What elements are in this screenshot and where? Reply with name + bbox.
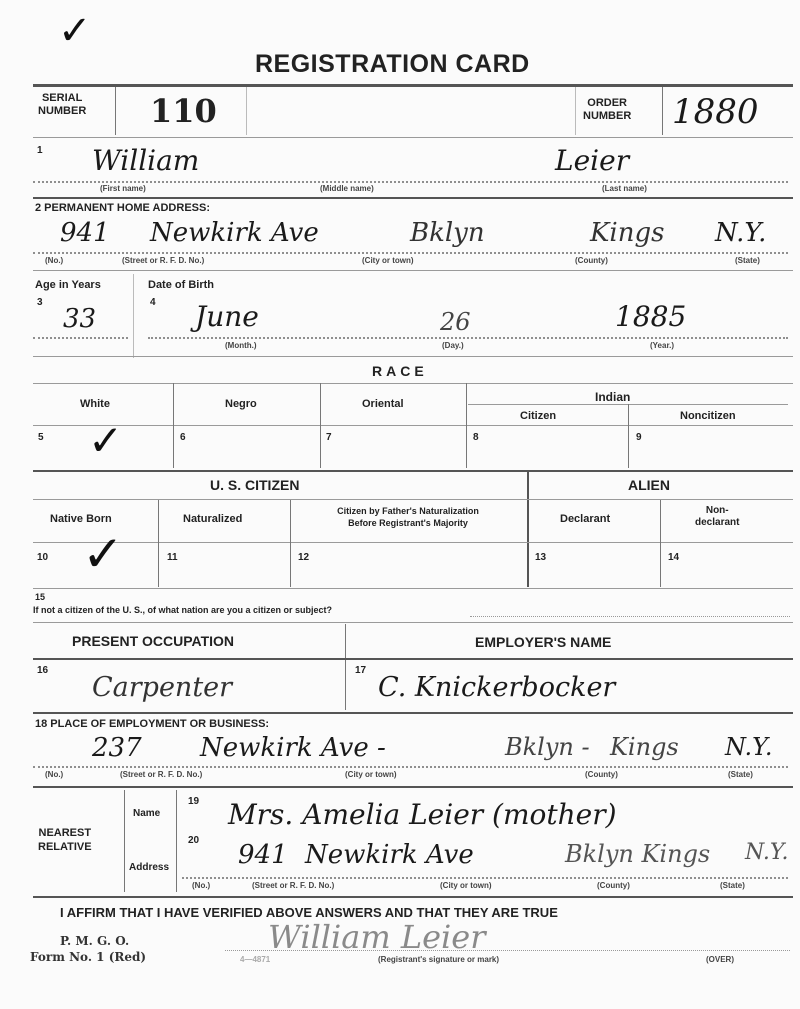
employer-header: EMPLOYER'S NAME: [475, 634, 611, 650]
birth-line: [148, 337, 788, 339]
home-address-state: N.Y.: [715, 218, 766, 248]
print-code: 4—4871: [240, 955, 270, 964]
citizen-alien-divider: [527, 472, 529, 587]
last-name-value: Leier: [555, 144, 629, 177]
nearest-relative-line-2: RELATIVE: [38, 840, 92, 854]
home-address-line: [33, 252, 788, 254]
citizen-field-11: 11: [167, 552, 178, 563]
nation-field-number: 15: [35, 592, 45, 602]
order-label-line-1: ORDER: [583, 97, 631, 110]
race-white-label: White: [80, 398, 110, 410]
first-name-caption: (First name): [100, 184, 146, 193]
order-number-value: 1880: [672, 92, 759, 132]
relative-name-value: Mrs. Amelia Leier (mother): [228, 798, 617, 831]
name-field-number: 1: [37, 145, 43, 156]
race-divider-3: [466, 383, 467, 468]
middle-name-caption: (Middle name): [320, 184, 374, 193]
employer-value: C. Knickerbocker: [378, 672, 615, 703]
last-name-caption: (Last name): [602, 184, 647, 193]
race-oriental-label: Oriental: [362, 398, 404, 410]
race-divider-2: [320, 383, 321, 468]
top-check-mark: ✓: [58, 8, 92, 54]
citizen-field-13: 13: [535, 552, 546, 563]
relative-caption-no: (No.): [192, 881, 210, 890]
citizen-divider-1: [158, 500, 159, 587]
age-line: [33, 337, 128, 339]
relative-address-city-county: Bklyn Kings: [565, 840, 710, 868]
order-divider: [662, 87, 663, 135]
employment-caption-city: (City or town): [345, 770, 397, 779]
relative-divider-2: [176, 790, 177, 892]
nation-line: [470, 616, 790, 617]
employment-caption-no: (No.): [45, 770, 63, 779]
birth-year-value: 1885: [615, 300, 686, 333]
over-label: (OVER): [706, 955, 734, 964]
nearest-relative-line-1: NEAREST: [38, 826, 92, 840]
order-label-line-2: NUMBER: [583, 110, 631, 123]
race-white-checkbox[interactable]: ✓: [88, 416, 123, 465]
nondeclarant-line-1: Non-: [695, 505, 739, 517]
order-label: ORDER NUMBER: [583, 97, 631, 123]
employment-bottom-border: [33, 786, 793, 788]
employment-state: N.Y.: [725, 733, 772, 761]
name-bottom-border: [33, 197, 793, 199]
native-born-label: Native Born: [50, 513, 112, 525]
race-field-8: 8: [473, 432, 479, 443]
birth-month-value: June: [195, 300, 259, 333]
birth-day-value: 26: [440, 308, 471, 336]
alien-divider: [660, 500, 661, 587]
race-field-5: 5: [38, 432, 44, 443]
race-bottom-border: [33, 470, 793, 472]
employment-caption-street: (Street or R. F. D. No.): [120, 770, 202, 779]
nondeclarant-label: Non- declarant: [695, 505, 739, 529]
home-caption-no: (No.): [45, 256, 63, 265]
employment-caption-county: (County): [585, 770, 618, 779]
race-indian-noncitizen-label: Noncitizen: [680, 410, 736, 422]
fathers-naturalization-label: Citizen by Father's Naturalization Befor…: [298, 505, 518, 529]
race-indian-citizen-label: Citizen: [520, 410, 556, 422]
birth-field-number: 4: [150, 297, 156, 308]
employment-city: Bklyn -: [505, 733, 590, 761]
race-indian-label: Indian: [595, 390, 630, 404]
home-caption-city: (City or town): [362, 256, 414, 265]
birth-year-caption: (Year.): [650, 341, 674, 350]
home-address-bottom-border: [33, 270, 793, 271]
occupation-value: Carpenter: [92, 672, 232, 703]
citizen-header-line: [33, 499, 793, 500]
home-address-city: Bklyn: [410, 218, 485, 248]
citizen-field-12: 12: [298, 552, 309, 563]
birth-month-caption: (Month.): [225, 341, 257, 350]
serial-box-right: [246, 87, 247, 135]
birth-day-caption: (Day.): [442, 341, 464, 350]
age-value: 33: [63, 304, 96, 334]
declarant-label: Declarant: [560, 513, 610, 525]
citizen-labels-bottom: [33, 542, 793, 543]
serial-label: SERIAL NUMBER: [38, 92, 86, 118]
occupation-field-number: 16: [37, 665, 48, 676]
signature-caption: (Registrant's signature or mark): [378, 955, 499, 964]
us-citizen-title: U. S. CITIZEN: [210, 477, 299, 493]
relative-bottom-border: [33, 896, 793, 898]
relative-caption-city: (City or town): [440, 881, 492, 890]
employment-street: Newkirk Ave -: [200, 733, 386, 763]
native-born-checkbox[interactable]: ✓: [82, 525, 124, 583]
pmgo-label: P. M. G. O.: [60, 934, 129, 948]
race-field-7: 7: [326, 432, 332, 443]
nondeclarant-line-2: declarant: [695, 517, 739, 529]
race-negro-label: Negro: [225, 398, 257, 410]
birth-bottom-border: [33, 356, 793, 357]
home-address-number: 941: [60, 218, 110, 248]
occupation-header-bottom: [33, 658, 793, 660]
relative-divider-1: [124, 790, 125, 892]
serial-number-value: 110: [150, 92, 217, 130]
fathers-nat-line-2: Before Registrant's Majority: [298, 517, 518, 529]
age-divider: [133, 274, 134, 358]
occupation-employer-divider: [345, 624, 346, 710]
birth-label: Date of Birth: [148, 279, 214, 291]
race-field-9: 9: [636, 432, 642, 443]
nation-question: If not a citizen of the U. S., of what n…: [33, 605, 332, 615]
citizen-field-14: 14: [668, 552, 679, 563]
home-caption-state: (State): [735, 256, 760, 265]
race-labels-bottom: [33, 425, 793, 426]
citizen-bottom-border: [33, 588, 793, 589]
serial-label-line-2: NUMBER: [38, 105, 86, 118]
relative-address-line: [182, 877, 788, 879]
alien-title: ALIEN: [628, 477, 670, 493]
signature-line: [225, 950, 790, 951]
home-address-label: 2 PERMANENT HOME ADDRESS:: [35, 202, 210, 214]
nearest-relative-label: NEAREST RELATIVE: [38, 826, 92, 854]
relative-name-field-number: 19: [188, 796, 199, 807]
relative-name-label: Name: [133, 808, 160, 819]
employment-number: 237: [92, 733, 142, 763]
relative-address-label: Address: [129, 862, 169, 873]
race-field-6: 6: [180, 432, 186, 443]
age-label: Age in Years: [35, 279, 101, 291]
home-address-street: Newkirk Ave: [150, 218, 319, 248]
race-divider-1: [173, 383, 174, 468]
citizen-field-10: 10: [37, 552, 48, 563]
nation-bottom-border: [33, 622, 793, 623]
naturalized-label: Naturalized: [183, 513, 242, 525]
name-line: [33, 181, 788, 183]
serial-bottom-border: [33, 137, 793, 138]
occupation-bottom-border: [33, 712, 793, 714]
race-title: RACE: [372, 363, 428, 379]
home-address-county: Kings: [590, 218, 664, 248]
occupation-header: PRESENT OCCUPATION: [72, 633, 234, 649]
relative-caption-street: (Street or R. F. D. No.): [252, 881, 334, 890]
order-box-left: [575, 87, 576, 135]
relative-address-number: 941: [238, 840, 288, 870]
age-field-number: 3: [37, 297, 43, 308]
serial-label-line-1: SERIAL: [38, 92, 86, 105]
relative-caption-state: (State): [720, 881, 745, 890]
serial-divider: [115, 87, 116, 135]
home-caption-county: (County): [575, 256, 608, 265]
form-number-label: Form No. 1 (Red): [30, 950, 146, 964]
employment-caption-state: (State): [728, 770, 753, 779]
relative-address-field-number: 20: [188, 835, 199, 846]
race-header-top: [33, 383, 793, 384]
employment-county: Kings: [610, 733, 679, 761]
employer-field-number: 17: [355, 665, 366, 676]
citizen-divider-2: [290, 500, 291, 587]
card-title: REGISTRATION CARD: [255, 50, 530, 79]
relative-address-street: Newkirk Ave: [305, 840, 474, 870]
employment-line: [33, 766, 788, 768]
fathers-nat-line-1: Citizen by Father's Naturalization: [298, 505, 518, 517]
top-border: [33, 84, 793, 87]
race-divider-4: [628, 404, 629, 468]
first-name-value: William: [92, 144, 199, 177]
employment-place-label: 18 PLACE OF EMPLOYMENT OR BUSINESS:: [35, 718, 269, 730]
home-caption-street: (Street or R. F. D. No.): [122, 256, 204, 265]
relative-caption-county: (County): [597, 881, 630, 890]
relative-address-state: N.Y.: [745, 840, 789, 865]
